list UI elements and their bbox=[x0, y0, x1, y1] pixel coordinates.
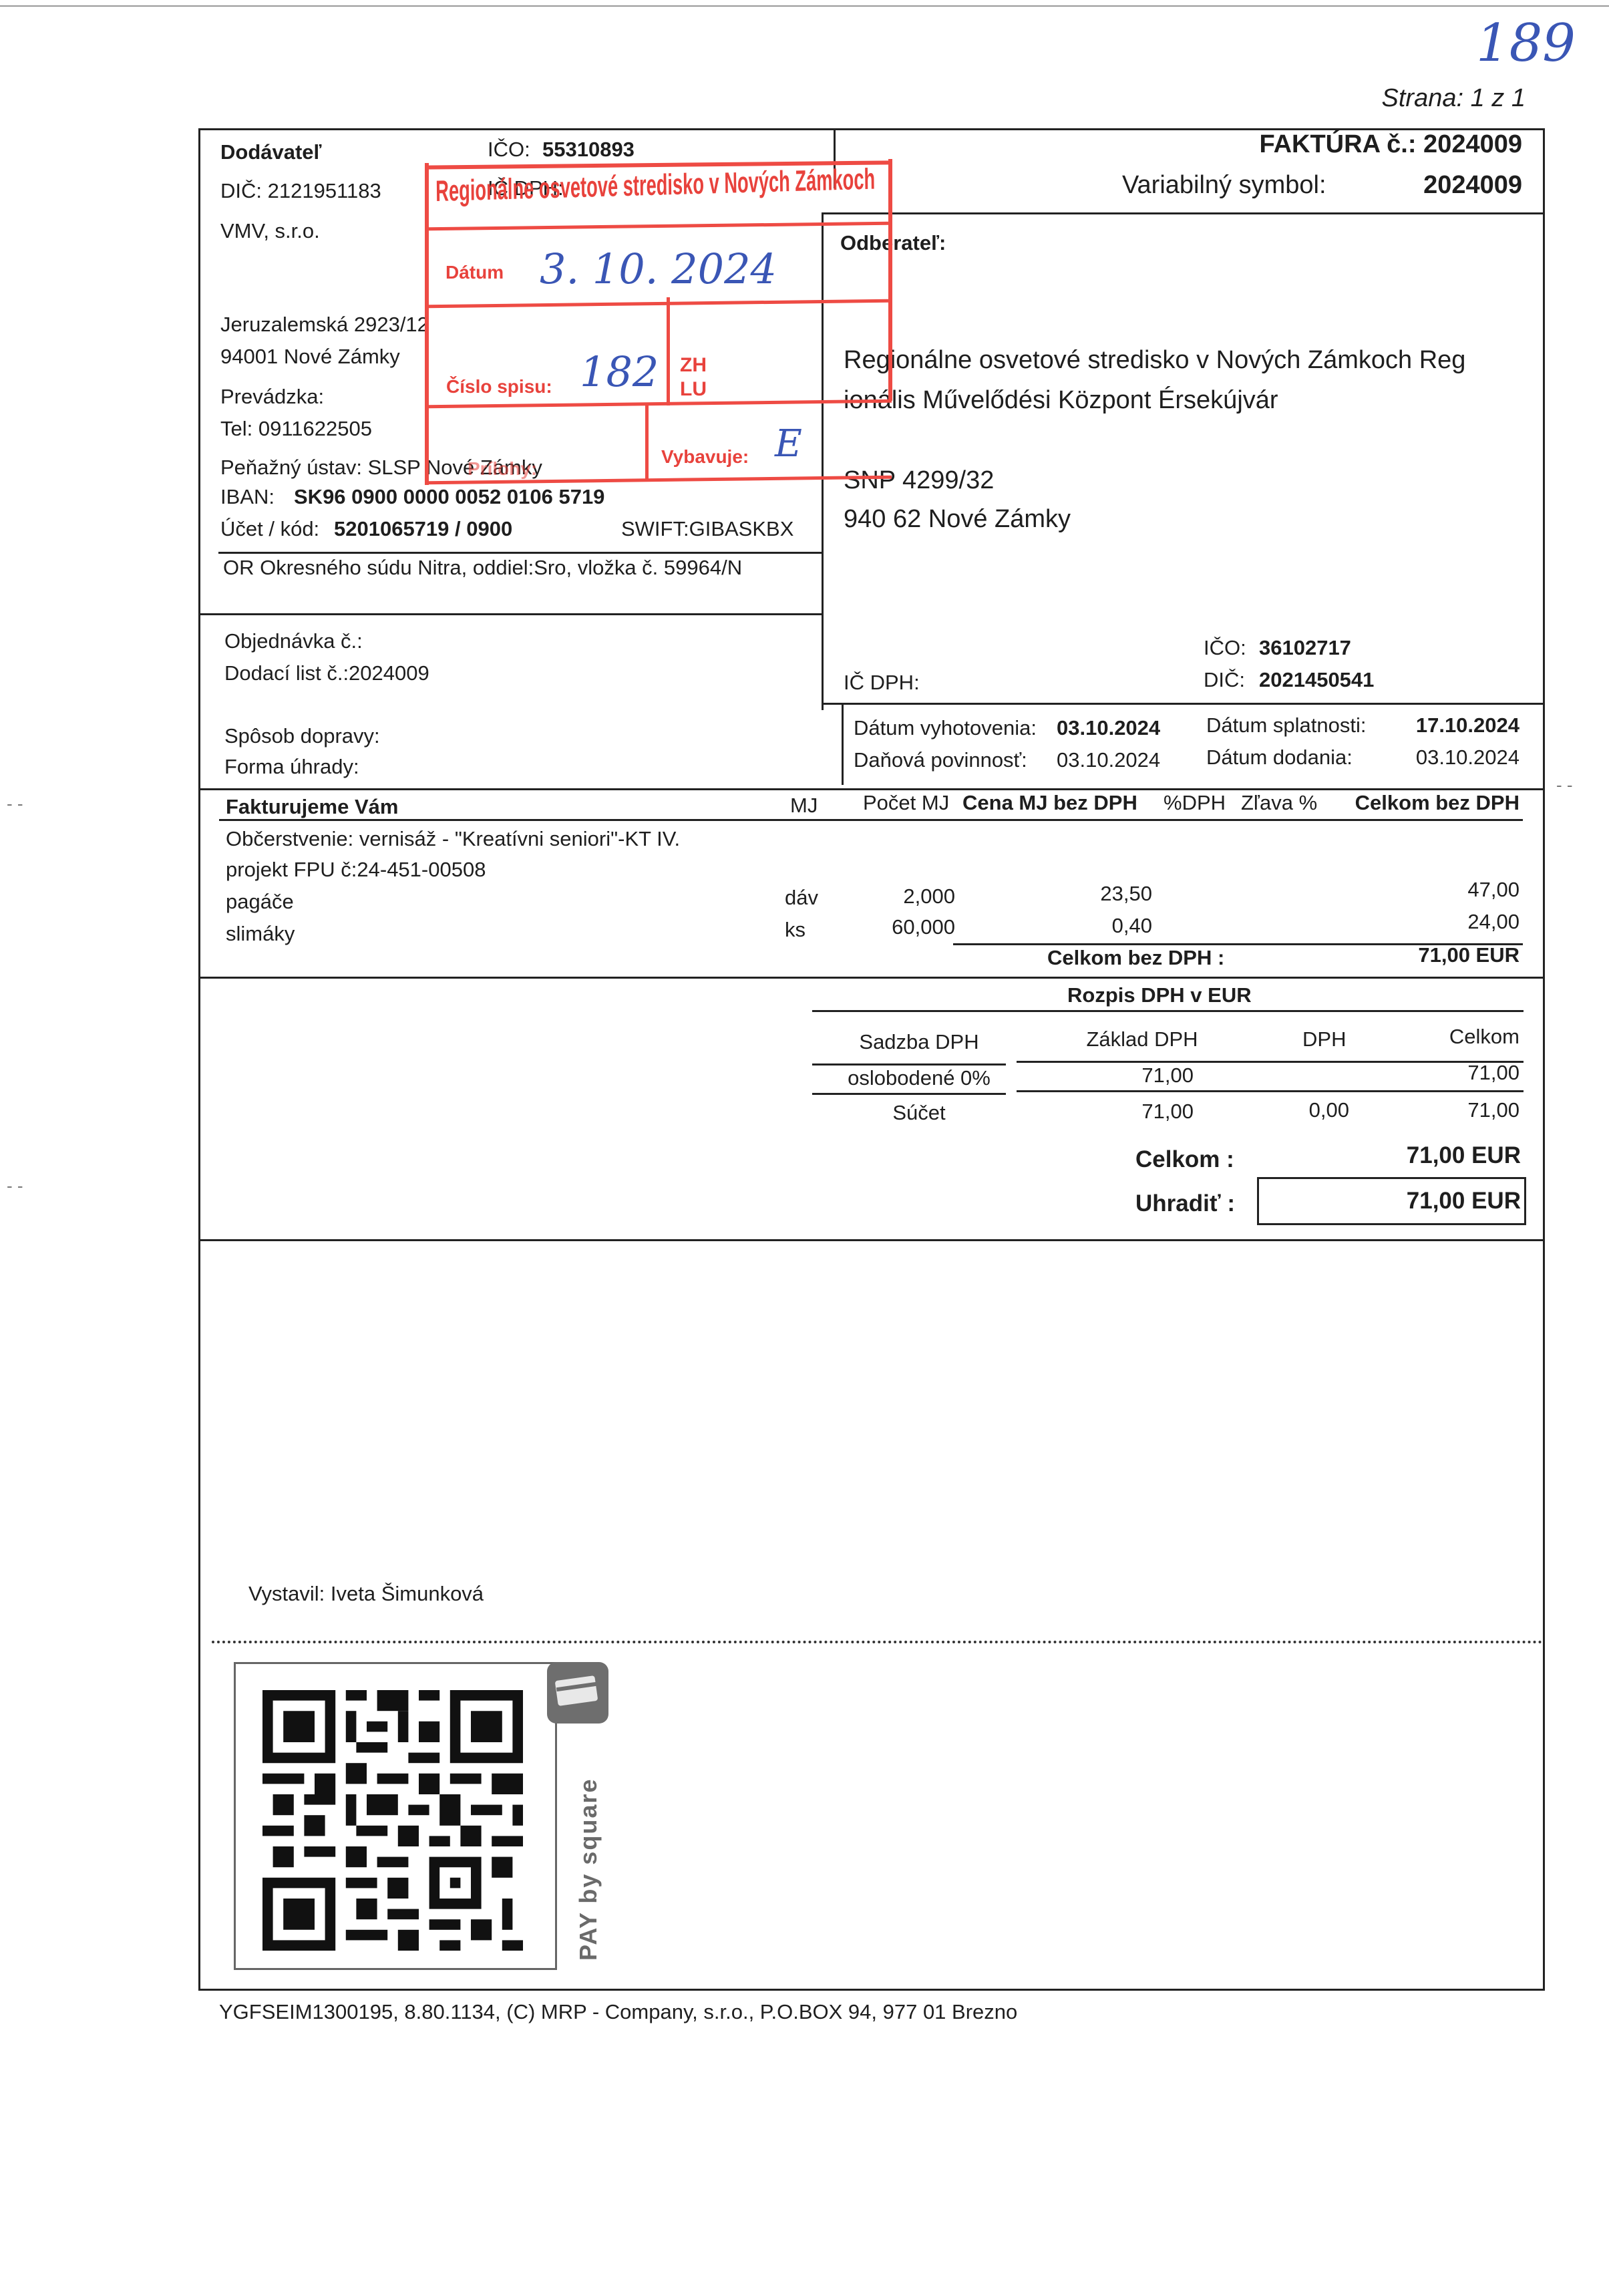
item-desc: slimáky bbox=[226, 923, 295, 944]
customer-name-line2: ionális Művelődési Központ Érsekújvár bbox=[844, 387, 1278, 413]
vat-header-total: Celkom bbox=[1449, 1026, 1519, 1047]
margin-mark: - - bbox=[7, 794, 23, 814]
stamp-code-zh: ZH bbox=[680, 354, 707, 377]
stamp-date-value: 3. 10. 2024 bbox=[540, 244, 777, 293]
delivery-date-label: Dátum dodania: bbox=[1206, 747, 1353, 768]
transport-method: Spôsob dopravy: bbox=[224, 725, 380, 746]
amount-due: 71,00 EUR bbox=[1407, 1189, 1521, 1212]
pay-by-square-label: PAY by square bbox=[574, 1778, 602, 1961]
invoice-title: FAKTÚRA č.: 2024009 bbox=[1259, 132, 1522, 157]
supplier-city: 94001 Nové Zámky bbox=[220, 346, 400, 367]
margin-mark: - - bbox=[7, 1176, 23, 1196]
stamp-attachments-label: Prílohy: bbox=[468, 458, 537, 480]
vat-base: 71,00 bbox=[1042, 1065, 1194, 1086]
items-header-qty: Počet MJ bbox=[863, 792, 949, 813]
vat-total: 71,00 bbox=[1467, 1062, 1519, 1083]
supplier-dic: DIČ: 2121951183 bbox=[220, 180, 381, 201]
customer-ico-label: IČO: bbox=[1204, 637, 1246, 658]
supplier-register: OR Okresného súdu Nitra, oddiel:Sro, vlo… bbox=[223, 557, 742, 578]
margin-mark: - - bbox=[1556, 775, 1573, 796]
issued-by: Vystavil: Iveta Šimunková bbox=[248, 1583, 484, 1604]
stamp-handler-value: E bbox=[775, 422, 802, 466]
vat-rate: oslobodené 0% bbox=[812, 1068, 1026, 1088]
customer-ico: 36102717 bbox=[1259, 637, 1351, 658]
payment-method: Forma úhrady: bbox=[224, 756, 359, 777]
item-qty: 2,000 bbox=[848, 886, 955, 907]
tax-date: 03.10.2024 bbox=[1057, 750, 1160, 770]
customer-heading: Odberateľ: bbox=[840, 232, 946, 253]
vat-total: 71,00 bbox=[1467, 1100, 1519, 1120]
order-number: Objednávka č.: bbox=[224, 631, 363, 651]
supplier-iban: SK96 0900 0000 0052 0106 5719 bbox=[294, 486, 604, 507]
item-unit: ks bbox=[785, 919, 806, 940]
supplier-operation: Prevádzka: bbox=[220, 386, 324, 407]
supplier-ico-label: IČO: bbox=[488, 139, 530, 160]
due-date-label: Dátum splatnosti: bbox=[1206, 715, 1367, 735]
issue-date-label: Dátum vyhotovenia: bbox=[854, 717, 1037, 738]
items-header-price: Cena MJ bez DPH bbox=[962, 792, 1137, 813]
subtotal-label: Celkom bez DPH : bbox=[1047, 947, 1224, 968]
handwritten-page-mark: 189 bbox=[1476, 13, 1576, 73]
item-desc: pagáče bbox=[226, 891, 294, 912]
supplier-ico: 55310893 bbox=[542, 139, 635, 160]
grand-total-label: Celkom : bbox=[1135, 1148, 1234, 1171]
delivery-date: 03.10.2024 bbox=[1416, 747, 1519, 768]
supplier-phone: Tel: 0911622505 bbox=[220, 418, 372, 439]
stamp-date-label: Dátum bbox=[445, 262, 504, 283]
stamp-file-value: 182 bbox=[580, 347, 659, 396]
scan-edge-line bbox=[0, 5, 1609, 7]
amount-due-label: Uhradiť : bbox=[1135, 1192, 1235, 1215]
item-price: 23,50 bbox=[1015, 883, 1152, 904]
items-header-vat: %DPH bbox=[1164, 792, 1226, 813]
customer-dic-label: DIČ: bbox=[1204, 669, 1245, 690]
stamp-code-lu: LU bbox=[680, 378, 707, 401]
customer-name-line1: Regionálne osvetové stredisko v Nových Z… bbox=[844, 347, 1465, 373]
stamp-file-label: Číslo spisu: bbox=[446, 376, 552, 397]
grand-total: 71,00 EUR bbox=[1407, 1144, 1521, 1167]
page-number: Strana: 1 z 1 bbox=[1382, 86, 1526, 111]
item-price: 0,40 bbox=[1015, 915, 1152, 936]
supplier-account: 5201065719 / 0900 bbox=[334, 518, 512, 539]
supplier-name: VMV, s.r.o. bbox=[220, 220, 320, 241]
vat-header-base: Základ DPH bbox=[1042, 1029, 1242, 1049]
items-header-desc: Fakturujeme Vám bbox=[226, 796, 398, 817]
customer-ic-dph-label: IČ DPH: bbox=[844, 672, 920, 693]
customer-city: 940 62 Nové Zámky bbox=[844, 506, 1071, 532]
customer-street: SNP 4299/32 bbox=[844, 468, 994, 493]
supplier-heading: Dodávateľ bbox=[220, 142, 322, 162]
item-total: 47,00 bbox=[1467, 879, 1519, 900]
items-header-unit: MJ bbox=[790, 795, 818, 816]
item-qty: 60,000 bbox=[848, 917, 955, 937]
item-unit: dáv bbox=[785, 887, 818, 908]
vat-base: 71,00 bbox=[1042, 1101, 1194, 1122]
card-icon bbox=[547, 1662, 608, 1724]
vat-header-rate: Sadzba DPH bbox=[812, 1031, 1026, 1052]
item-note-2: projekt FPU č:24-451-00508 bbox=[226, 859, 486, 880]
vat-header-vat: DPH bbox=[1302, 1029, 1346, 1049]
delivery-note: Dodací list č.:2024009 bbox=[224, 663, 429, 683]
variable-symbol-label: Variabilný symbol: bbox=[1122, 172, 1326, 198]
tax-date-label: Daňová povinnosť: bbox=[854, 750, 1027, 770]
subtotal: 71,00 EUR bbox=[1418, 945, 1519, 965]
cut-line bbox=[212, 1641, 1543, 1643]
qr-code bbox=[262, 1690, 523, 1951]
vat-title: Rozpis DPH v EUR bbox=[1067, 985, 1252, 1005]
footer-software: YGFSEIM1300195, 8.80.1134, (C) MRP - Com… bbox=[219, 2001, 1017, 2022]
issue-date: 03.10.2024 bbox=[1057, 717, 1160, 738]
items-header-total: Celkom bez DPH bbox=[1355, 792, 1519, 813]
item-note-1: Občerstvenie: vernisáž - "Kreatívni seni… bbox=[226, 828, 680, 849]
item-total: 24,00 bbox=[1467, 911, 1519, 932]
items-header-discount: Zľava % bbox=[1241, 792, 1317, 813]
customer-dic: 2021450541 bbox=[1259, 669, 1374, 690]
stamp-handler-label: Vybavuje: bbox=[661, 446, 749, 468]
vat-amount: 0,00 bbox=[1256, 1100, 1349, 1120]
vat-rate: Súčet bbox=[812, 1102, 1026, 1123]
supplier-street: Jeruzalemská 2923/12 bbox=[220, 314, 429, 335]
supplier-account-label: Účet / kód: bbox=[220, 518, 319, 539]
variable-symbol: 2024009 bbox=[1423, 172, 1522, 198]
supplier-iban-label: IBAN: bbox=[220, 486, 275, 507]
supplier-swift: SWIFT:GIBASKBX bbox=[621, 518, 793, 539]
due-date: 17.10.2024 bbox=[1416, 715, 1519, 735]
